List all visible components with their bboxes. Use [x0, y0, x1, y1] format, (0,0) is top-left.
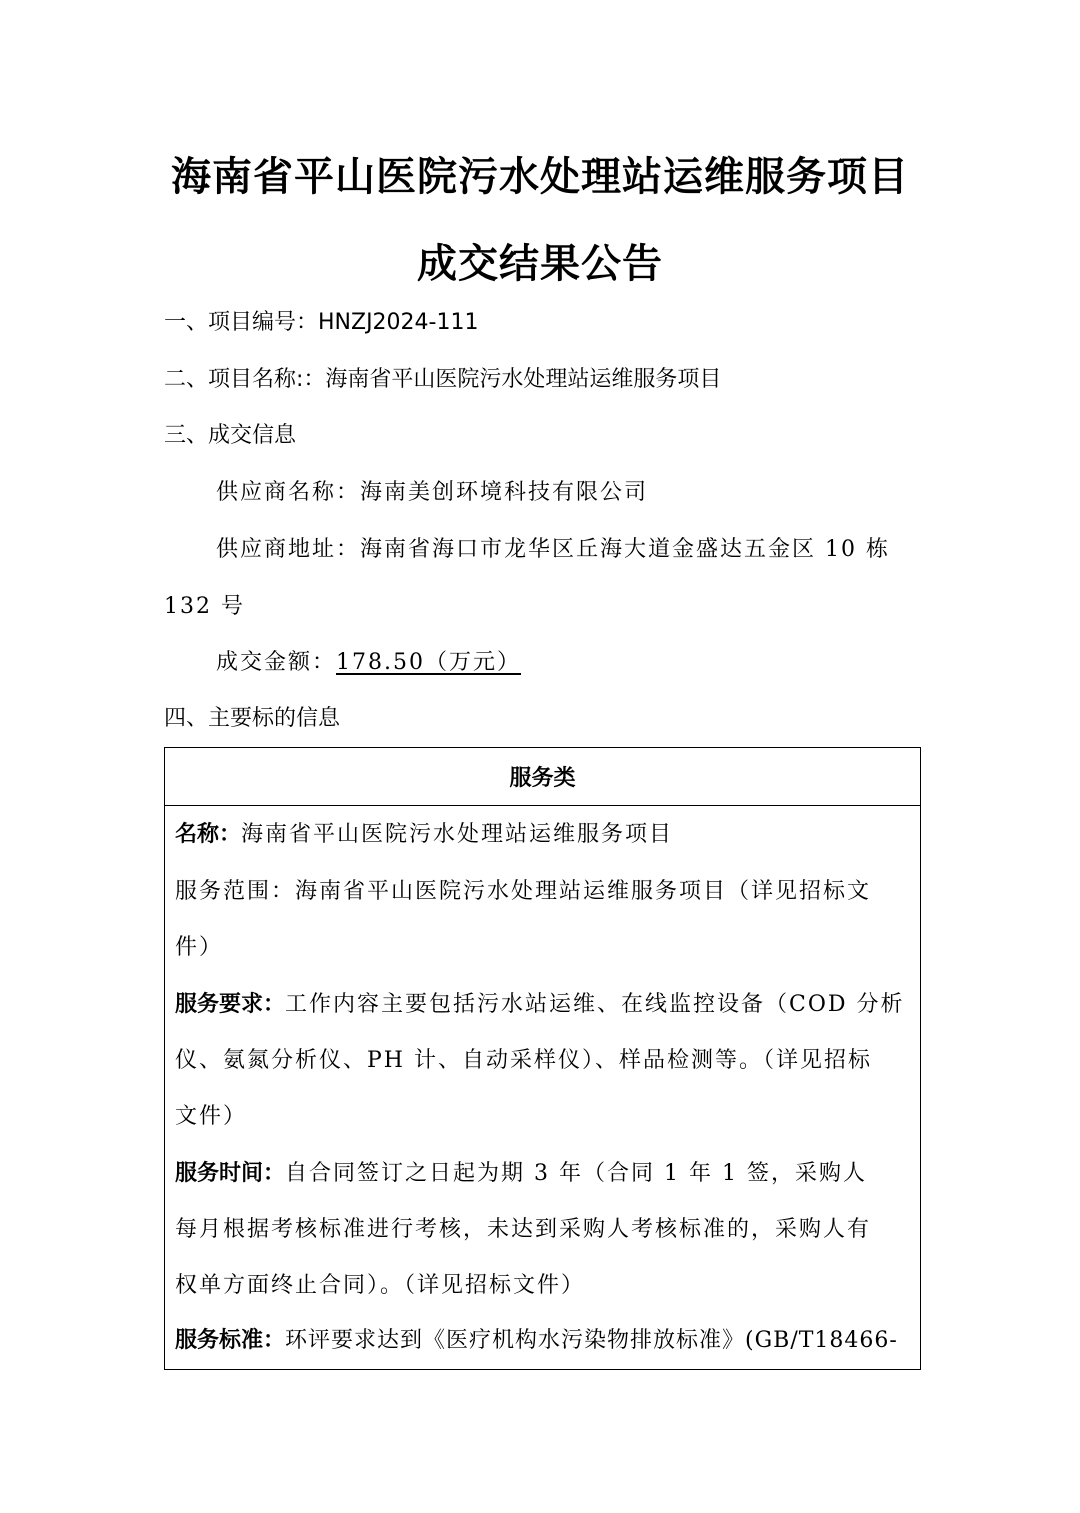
table-header: 服务类	[165, 748, 920, 806]
section-project-name: 二、项目名称:：海南省平山医院污水处理站运维服务项目	[164, 365, 721, 395]
subject-table: 服务类 名称：海南省平山医院污水处理站运维服务项目 服务范围：海南省平山医院污水…	[164, 747, 921, 1370]
section-project-number: 一、项目编号：HNZJ2024-111	[164, 308, 478, 338]
requirement-line-2: 仪、氨氮分析仪、PH 计、自动采样仪）、样品检测等。（详见招标	[175, 1046, 872, 1076]
amount-label: 成交金额：	[216, 650, 336, 675]
section-deal-info: 三、成交信息	[164, 421, 296, 451]
name-value: 海南省平山医院污水处理站运维服务项目	[241, 822, 673, 847]
amount-value: 178.50（万元）	[336, 650, 521, 675]
supplier-address-label: 供应商地址：	[216, 537, 360, 562]
name-row: 名称：海南省平山医院污水处理站运维服务项目	[175, 820, 673, 850]
requirement-row: 服务要求：工作内容主要包括污水站运维、在线监控设备（COD 分析	[175, 990, 905, 1020]
supplier-name-label: 供应商名称：	[216, 480, 360, 505]
supplier-address: 海南省海口市龙华区丘海大道金盛达五金区 10 栋	[360, 537, 890, 562]
supplier-name: 海南美创环境科技有限公司	[360, 480, 648, 505]
standard-line-1: 环评要求达到《医疗机构水污染物排放标准》(GB/T18466-	[285, 1328, 898, 1353]
standard-row: 服务标准：环评要求达到《医疗机构水污染物排放标准》(GB/T18466-	[175, 1326, 898, 1356]
name-label: 名称：	[175, 822, 241, 847]
scope-line-1: 服务范围：海南省平山医院污水处理站运维服务项目（详见招标文	[175, 877, 871, 907]
requirement-line-1: 工作内容主要包括污水站运维、在线监控设备（COD 分析	[285, 992, 905, 1017]
requirement-line-3: 文件）	[175, 1102, 247, 1132]
supplier-address-row: 供应商地址：海南省海口市龙华区丘海大道金盛达五金区 10 栋	[216, 535, 890, 565]
standard-label: 服务标准：	[175, 1328, 285, 1353]
time-line-1: 自合同签订之日起为期 3 年（合同 1 年 1 签，采购人	[285, 1161, 867, 1186]
requirement-label: 服务要求：	[175, 992, 285, 1017]
time-line-3: 权单方面终止合同）。（详见招标文件）	[175, 1271, 585, 1301]
supplier-address-cont: 132 号	[164, 592, 245, 622]
document-title: 海南省平山医院污水处理站运维服务项目	[0, 145, 1080, 202]
time-row: 服务时间：自合同签订之日起为期 3 年（合同 1 年 1 签，采购人	[175, 1159, 867, 1189]
scope-line-2: 件）	[175, 933, 223, 963]
time-label: 服务时间：	[175, 1161, 285, 1186]
time-line-2: 每月根据考核标准进行考核，未达到采购人考核标准的，采购人有	[175, 1215, 871, 1245]
amount-row: 成交金额：178.50（万元）	[216, 648, 521, 678]
section-main-subject: 四、主要标的信息	[164, 704, 340, 734]
supplier-name-row: 供应商名称：海南美创环境科技有限公司	[216, 478, 648, 508]
document-subtitle: 成交结果公告	[0, 232, 1080, 289]
